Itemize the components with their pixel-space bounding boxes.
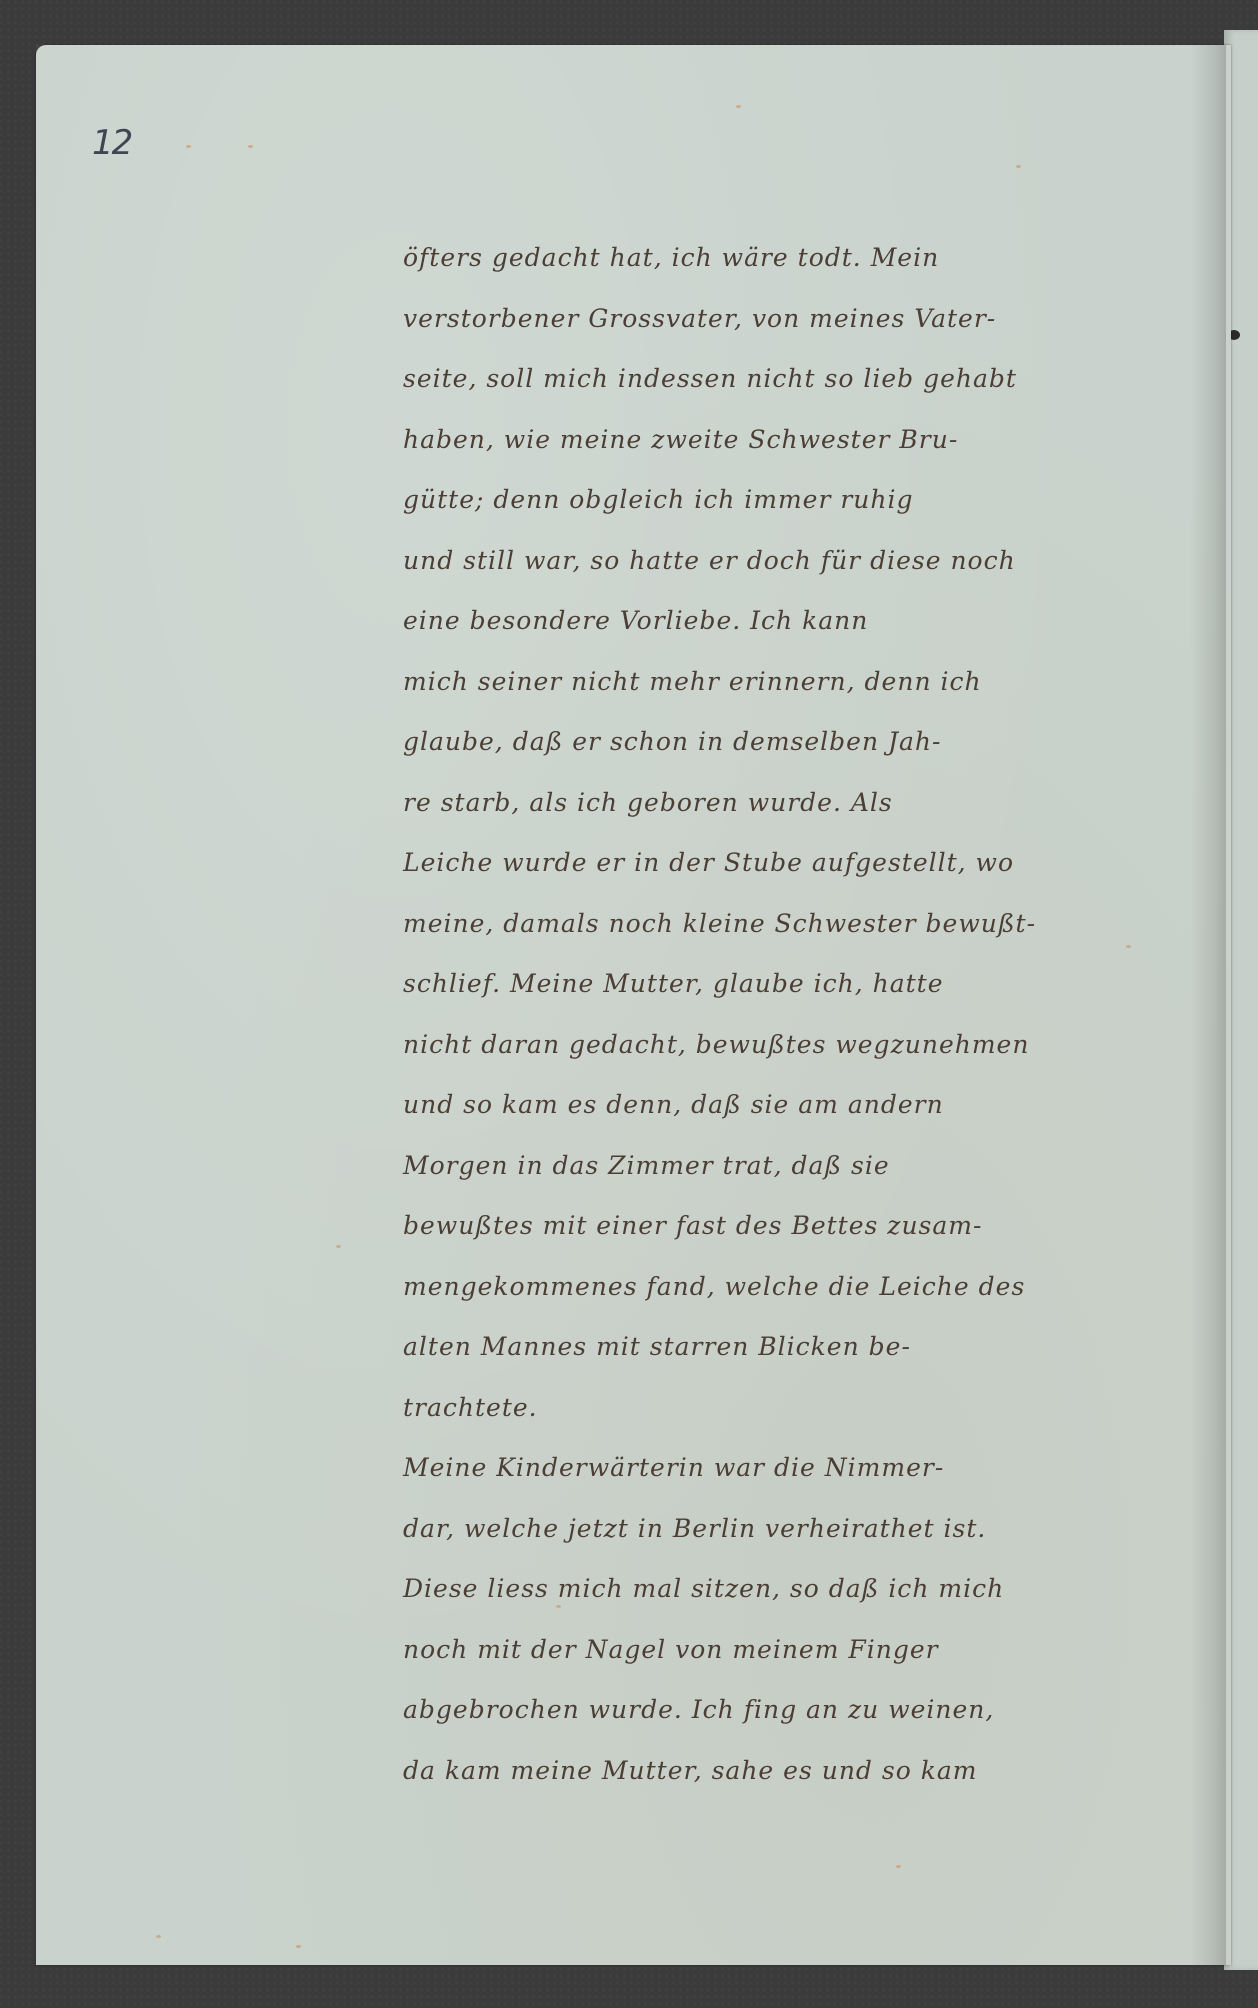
text-line: und still war, so hatte er doch für dies… xyxy=(403,531,1163,592)
spine-shadow xyxy=(1190,45,1226,1965)
folio-number: 12 xyxy=(92,123,131,163)
text-line: verstorbener Grossvater, von meines Vate… xyxy=(403,289,1163,350)
text-line: abgebrochen wurde. Ich fing an zu weinen… xyxy=(403,1680,1163,1741)
text-line: da kam meine Mutter, sahe es und so kam xyxy=(403,1741,1163,1802)
text-line: Diese liess mich mal sitzen, so daß ich … xyxy=(403,1559,1163,1620)
handwritten-text-block: öfters gedacht hat, ich wäre todt. Mein … xyxy=(403,228,1163,1801)
text-line: re starb, als ich geboren wurde. Als xyxy=(403,773,1163,834)
text-line: Meine Kinderwärterin war die Nimmer- xyxy=(403,1438,1163,1499)
text-line: bewußtes mit einer fast des Bettes zusam… xyxy=(403,1196,1163,1257)
text-line: trachtete. xyxy=(403,1378,1163,1439)
text-line: Morgen in das Zimmer trat, daß sie xyxy=(403,1136,1163,1197)
text-line: öfters gedacht hat, ich wäre todt. Mein xyxy=(403,228,1163,289)
text-line: meine, damals noch kleine Schwester bewu… xyxy=(403,894,1163,955)
text-line: alten Mannes mit starren Blicken be- xyxy=(403,1317,1163,1378)
text-line: seite, soll mich indessen nicht so lieb … xyxy=(403,349,1163,410)
text-line: noch mit der Nagel von meinem Finger xyxy=(403,1620,1163,1681)
text-line: dar, welche jetzt in Berlin verheirathet… xyxy=(403,1499,1163,1560)
text-line: nicht daran gedacht, bewußtes wegzunehme… xyxy=(403,1015,1163,1076)
text-line: Leiche wurde er in der Stube aufgestellt… xyxy=(403,833,1163,894)
text-line: glaube, daß er schon in demselben Jah- xyxy=(403,712,1163,773)
text-line: haben, wie meine zweite Schwester Bru- xyxy=(403,410,1163,471)
text-line: mich seiner nicht mehr erinnern, denn ic… xyxy=(403,652,1163,713)
text-line: und so kam es denn, daß sie am andern xyxy=(403,1075,1163,1136)
text-line: schlief. Meine Mutter, glaube ich, hatte xyxy=(403,954,1163,1015)
text-line: eine besondere Vorliebe. Ich kann xyxy=(403,591,1163,652)
text-line: mengekommenes fand, welche die Leiche de… xyxy=(403,1257,1163,1318)
text-line: gütte; denn obgleich ich immer ruhig xyxy=(403,470,1163,531)
